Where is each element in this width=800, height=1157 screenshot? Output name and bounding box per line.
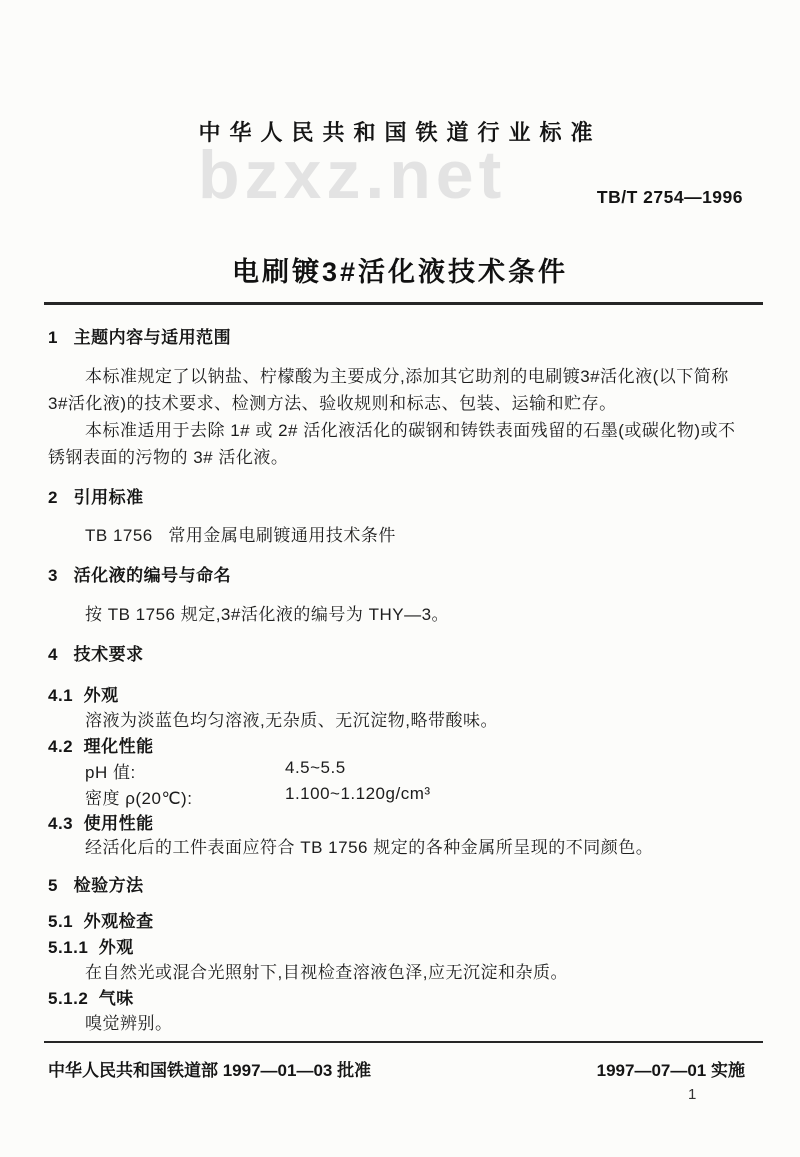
footer-approval-text: 中华人民共和国铁道部 1997—01—03 批准 <box>48 1056 371 1081</box>
title-divider-rule <box>44 302 763 305</box>
referenced-standard: TB 1756 常用金属电刷镀通用技术条件 <box>85 521 396 546</box>
paragraph-line: 溶液为淡蓝色均匀溶液,无杂质、无沉淀物,略带酸味。 <box>85 706 498 731</box>
density-value: 1.100~1.120g/cm³ <box>285 784 431 804</box>
standard-number: TB/T 2754—1996 <box>597 187 743 208</box>
section-4-3-heading: 4.3 使用性能 <box>48 809 154 834</box>
section-3-heading: 3 活化液的编号与命名 <box>48 561 231 586</box>
section-5-1-heading: 5.1 外观检查 <box>48 907 154 932</box>
paragraph-line: 锈钢表面的污物的 3# 活化液。 <box>48 443 288 468</box>
ph-value: 4.5~5.5 <box>285 758 346 778</box>
standard-type-header: 中华人民共和国铁道行业标准 <box>0 116 800 147</box>
section-2-heading: 2 引用标准 <box>48 483 144 508</box>
section-5-1-2-heading: 5.1.2 气味 <box>48 984 134 1009</box>
paragraph-line: 按 TB 1756 规定,3#活化液的编号为 THY—3。 <box>85 600 449 625</box>
section-5-heading: 5 检验方法 <box>48 871 144 896</box>
paragraph-line: 经活化后的工件表面应符合 TB 1756 规定的各种金属所呈现的不同颜色。 <box>85 833 653 858</box>
section-4-2-heading: 4.2 理化性能 <box>48 732 154 757</box>
paragraph-line: 嗅觉辨别。 <box>85 1009 173 1034</box>
section-4-heading: 4 技术要求 <box>48 640 144 665</box>
paragraph-line: 本标准规定了以钠盐、柠檬酸为主要成分,添加其它助剂的电刷镀3#活化液(以下简称 <box>85 362 729 387</box>
section-5-1-1-heading: 5.1.1 外观 <box>48 933 134 958</box>
document-title: 电刷镀3#活化液技术条件 <box>0 250 800 289</box>
section-4-1-heading: 4.1 外观 <box>48 681 119 706</box>
footer-implementation-text: 1997—07—01 实施 <box>597 1056 745 1081</box>
density-label: 密度 ρ(20℃): <box>85 784 192 809</box>
document-page: bzxz.net 中华人民共和国铁道行业标准 TB/T 2754—1996 电刷… <box>0 0 800 1157</box>
paragraph-line: 本标准适用于去除 1# 或 2# 活化液活化的碳钢和铸铁表面残留的石墨(或碳化物… <box>85 416 736 441</box>
paragraph-line: 在自然光或混合光照射下,目视检查溶液色泽,应无沉淀和杂质。 <box>85 958 568 983</box>
paragraph-line: 3#活化液)的技术要求、检测方法、验收规则和标志、包装、运输和贮存。 <box>48 389 617 414</box>
watermark-text: bzxz.net <box>198 136 506 214</box>
ph-label: pH 值: <box>85 758 136 783</box>
section-1-heading: 1 主题内容与适用范围 <box>48 323 231 348</box>
page-number: 1 <box>688 1086 696 1103</box>
footer-divider-rule <box>44 1041 763 1043</box>
